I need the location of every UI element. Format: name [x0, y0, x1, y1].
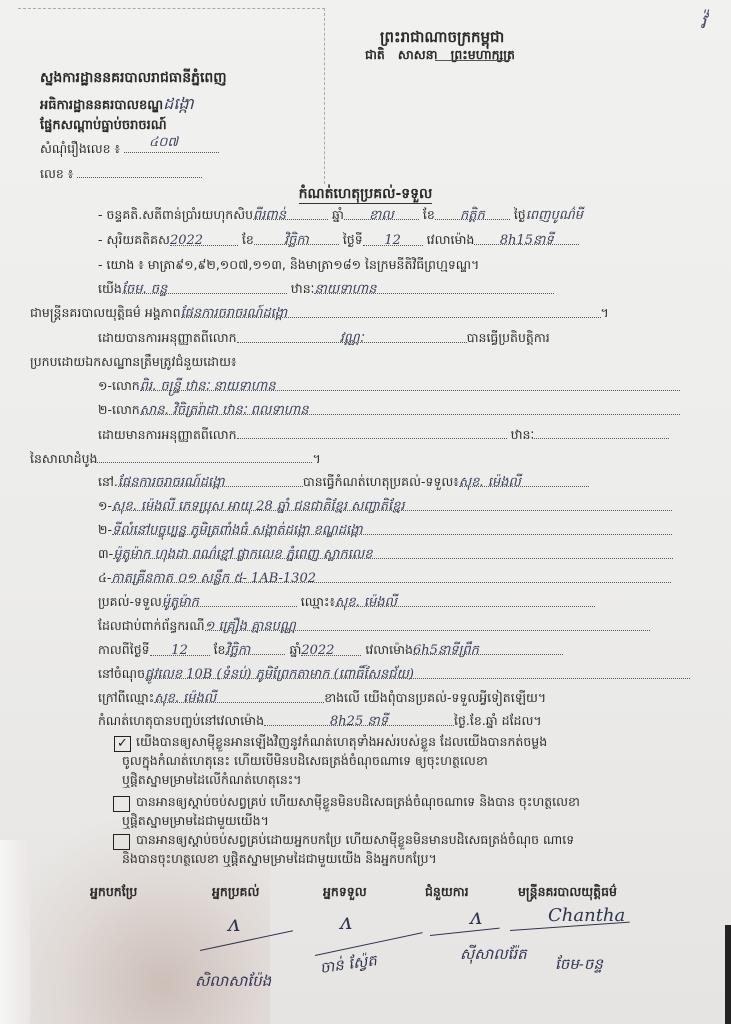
motto-divider	[435, 60, 510, 61]
day-label: ថ្ងៃ	[514, 207, 526, 222]
declaration-text: ឬផ្តិតស្នាមម្រាមដៃជាមួយយើង។	[122, 813, 269, 832]
officer-unit-label: ជាមន្ត្រីនគរបាលយុត្តិធម៌ អង្គភាព	[30, 305, 181, 320]
item-value: ទីលំនៅបច្ចុប្បន្ន ភូមិត្រពាំងធំ សង្កាត់ដ…	[112, 522, 672, 535]
auth-2-label: ដោយមានការអនុញ្ញាតពីលោក	[98, 427, 237, 442]
closed-label: កំណត់ហេតុបានបញ្ចប់នៅវេលាម៉ោង	[98, 713, 264, 728]
place-row: នៅចំណុចផ្លូវលេខ 10B (ទំនប់) ភូមិព្រែកតាម…	[98, 666, 690, 685]
item-row: ៤-កាតគ្រីនកាត ០១ សន្លឹក ៥- 1AB-1302	[98, 570, 671, 589]
helper-1-row: ១-លោកពិរ. ចន្ទ្រី ឋានៈ នាយទាហាន	[98, 378, 680, 397]
deliver-value: ម៉ូតូម៉ាក	[162, 594, 297, 607]
signature-mark-assistant: ᴧ	[470, 905, 482, 930]
document-title-text: កំណត់ហេតុប្រគល់-ទទួល	[299, 186, 433, 204]
solar-month-label: ខែ	[242, 232, 254, 247]
item-label: ៤-	[98, 570, 111, 585]
year-value: ខាល	[344, 207, 419, 220]
item-row: ២-ទីលំនៅបច្ចុប្បន្ន ភូមិត្រពាំងធំ សង្កាត…	[98, 522, 672, 541]
number-row: លេខ ៖	[40, 165, 202, 185]
related-row: ដែលជាប់ពាក់ព័ន្ធករណី១ គ្រឿង គ្មានបណ្ណ	[98, 618, 650, 637]
item-label: ២-	[98, 522, 112, 537]
solar-month-value: វិច្ឆិកា	[254, 232, 339, 245]
declaration-checkbox[interactable]: ✓	[114, 736, 131, 752]
page-edge	[0, 840, 30, 1024]
court-label: នៃសាលាដំបូង	[30, 451, 97, 466]
declaration-text: ឬផ្តិតស្នាមម្រាមដៃលើកំណត់ហេតុនេះ។	[122, 772, 302, 791]
place-value: ផ្លូវលេខ 10B (ទំនប់) ភូមិព្រែកតាមាក (ពោធ…	[145, 666, 690, 679]
at-label: នៅ.	[98, 474, 118, 489]
officer-name-row: យើងចែម. ចន្ទ ឋានៈនាយទាហាន	[98, 281, 554, 300]
document-title: កំណត់ហេតុប្រគល់-ទទួល	[0, 184, 731, 205]
solar-year: 2022	[170, 233, 238, 246]
number-label: លេខ ៖	[40, 166, 73, 181]
time-value: 8h15នាទី	[474, 232, 579, 245]
agency-line-2: អធិការដ្ឋាននគរបាលខណ្ឌដង្កោ	[40, 93, 194, 117]
officer-unit-value: ផែនការចរាចរណ៍ដង្កោ	[181, 305, 601, 318]
lunar-label: - ចន្ទគតិ.សតីពាន់ប្រាំរយហុកសិប	[98, 207, 253, 222]
day-value: ពេញបូណ៌មី	[526, 208, 583, 223]
item-label: ១-	[98, 498, 112, 513]
except-suffix: ខាងលើ យើងពុំបានប្រគល់-ទទួលអ្វីទៀតឡើយ។	[324, 690, 546, 705]
declaration-text: និងបានចុះហត្ថលេខា ឬផ្តិតស្នាមម្រាមដៃជាមួ…	[122, 851, 437, 870]
incident-year-label: ឆ្នាំ	[289, 642, 301, 657]
declaration-checkbox[interactable]	[113, 796, 130, 812]
we-value: ចែម. ចន្ទ	[122, 281, 287, 294]
signature-header: ជំនួយការ	[425, 884, 469, 903]
solar-day-value: 12	[363, 233, 423, 246]
signature-mark-deliverer: ᴧ	[228, 912, 240, 937]
incident-year: 2022	[301, 643, 361, 656]
file-number-row: សំណុំរឿងលេខ ៖ ៤០៧	[40, 140, 219, 160]
auth-2-rank-label: ឋានៈ	[511, 427, 535, 442]
item-value: សុខ. ម៉េងលី ភេទប្រុស អាយុ 28 ឆ្នាំ ជនជាត…	[112, 498, 672, 511]
declaration-text: បានអានឲ្យស្តាប់ចប់សព្វគ្រប់ ហើយសាម៉ីខ្លួ…	[136, 794, 580, 813]
assisted-label: ប្រកបដោយឯកសណ្ឋានត្រឹមត្រូវជំនួយដោយ៖	[30, 354, 236, 373]
closed-row: កំណត់ហេតុបានបញ្ចប់នៅវេលាម៉ោង8h25 នាទីថ្ង…	[98, 713, 542, 732]
except-value: សុខ. ម៉េងលី	[154, 690, 324, 703]
we-label: យើង	[98, 281, 122, 296]
incident-day-label: កាលពីថ្ងៃទី	[98, 642, 150, 657]
signature-header: អ្នកទទួល	[323, 884, 367, 903]
incident-time-label: វេលាម៉ោង	[365, 642, 413, 657]
incident-day: 12	[150, 643, 210, 656]
year-label: ឆ្នាំ	[332, 207, 344, 222]
signature-name-officer: ចែម-ចន្ទ	[555, 955, 603, 977]
solar-day-label: ថ្ងៃទី	[343, 232, 363, 247]
signature-header: អ្នកប្រគល់	[212, 884, 259, 903]
lunar-year: ពីរពាន់	[253, 207, 328, 220]
agency-district: ដង្កោ	[163, 94, 193, 113]
name-label: ឈ្មោះ៖	[301, 594, 335, 609]
agency-line-3: ផ្នែកសណ្តាប់ធ្នាប់ចរាចរណ៍	[40, 117, 167, 136]
handover-value: សុខ. ម៉េងលី	[459, 474, 589, 487]
name-value: សុខ. ម៉េងលី	[335, 594, 595, 607]
incident-month-label: ខែ	[214, 642, 226, 657]
related-value: ១ គ្រឿង គ្មានបណ្ណ	[205, 618, 650, 631]
month-label: ខែ	[423, 207, 435, 222]
corner-handwritten-mark: វ៉	[700, 8, 706, 38]
except-row: ក្រៅពីឈ្មោះសុខ. ម៉េងលីខាងលើ យើងពុំបានប្រ…	[98, 690, 546, 709]
officer-unit-row: ជាមន្ត្រីនគរបាលយុត្តិធម៌ អង្គភាពផែនការចរ…	[30, 305, 609, 324]
incident-date-row: កាលពីថ្ងៃទី12 ខែវិច្ឆិកា ឆ្នាំ2022 វេលាម…	[98, 642, 563, 661]
helper-2-row: ២-លោកសាន. វិចិត្ររ៉ាដា ឋានៈ ពលទាហាន	[98, 402, 680, 421]
kingdom-motto: ជាតិ សាសនា ព្រះមហាក្សត្រ	[365, 47, 515, 66]
authorization-2-row: ដោយមានការអនុញ្ញាតពីលោក ឋានៈ	[98, 426, 669, 446]
signature-name-assistant: Chantha	[548, 905, 625, 926]
helper-1-value: ពិរ. ចន្ទ្រី ឋានៈ នាយទាហាន	[140, 378, 680, 391]
signature-header: អ្នកបកប្រែ	[90, 884, 137, 903]
closed-value: 8h25 នាទី	[264, 713, 454, 726]
month-value: កត្តិក	[435, 207, 510, 220]
signature-mark-receiver: ᴧ	[340, 910, 352, 935]
file-number-label: សំណុំរឿងលេខ ៖	[40, 141, 120, 156]
auth-suffix: បានធ្វើប្រតិបត្តិការ	[467, 330, 550, 345]
declaration-checkbox[interactable]	[113, 834, 130, 850]
solar-date-row: - សុរិយគតិគស2022 ខែវិច្ឆិកា ថ្ងៃទី12 វេល…	[98, 232, 579, 251]
delivered-row: ប្រគល់-ទទួលម៉ូតូម៉ាក ឈ្មោះ៖សុខ. ម៉េងលី	[98, 594, 595, 613]
handover-row: នៅ.ផែនការចរាចរណ៍ដង្កោបានធ្វើកំណត់ហេតុប្រ…	[98, 474, 589, 493]
declaration-text: បានអានឲ្យស្តាប់ចប់សព្វគ្រប់ដោយអ្នកបកប្រែ…	[136, 832, 574, 851]
signature-header: មន្ត្រីនគរបាលយុត្តិធម៌	[518, 884, 617, 903]
rank-label: ឋានៈ	[291, 281, 315, 296]
closed-suffix: ថ្ងៃ.ខែ.ឆ្នាំ ដដែល។	[454, 713, 542, 728]
signature-name-receiver: ស៊ីសាលរ៉ែត	[460, 945, 527, 967]
auth-label: ដោយបានការអនុញ្ញាតពីលោក	[98, 330, 237, 345]
item-row: ១-សុខ. ម៉េងលី ភេទប្រុស អាយុ 28 ឆ្នាំ ជនជ…	[98, 498, 672, 517]
signature-name-interpreter: សិលាសាប៉ែង	[195, 972, 271, 994]
item-label: ៣-	[98, 546, 113, 561]
incident-month: វិច្ឆិកា	[225, 642, 285, 655]
agency-line-2-label: អធិការដ្ឋាននគរបាលខណ្ឌ	[40, 98, 163, 113]
declaration-text: យើងបានឲ្យសាម៉ីខ្លួនអានឡើងវិញនូវកំណត់ហេតុ…	[136, 734, 547, 753]
helper-1-label: ១-លោក	[98, 378, 140, 393]
helper-2-label: ២-លោក	[98, 402, 140, 417]
place-label: នៅចំណុច	[98, 666, 145, 681]
item-value: ម៉ូតូម៉ាក ហុងដា ពណ៌ខ្មៅ ផ្លាកលេខ ភ្នំពេញ…	[113, 546, 673, 559]
page-edge-dark	[725, 925, 731, 1024]
helper-2-value: សាន. វិចិត្ររ៉ាដា ឋានៈ ពលទាហាន	[140, 402, 680, 415]
number-value	[77, 165, 202, 178]
lunar-date-row: - ចន្ទគតិ.សតីពាន់ប្រាំរយហុកសិបពីរពាន់ ឆ្…	[98, 207, 583, 226]
except-label: ក្រៅពីឈ្មោះ	[98, 690, 154, 705]
file-number-value: ៤០៧	[149, 134, 178, 153]
at-value: ផែនការចរាចរណ៍ដង្កោ	[118, 474, 303, 487]
authorization-row: ដោយបានការអនុញ្ញាតពីលោកវណ្ណៈបានធ្វើប្រតិប…	[98, 330, 550, 349]
time-label: វេលាម៉ោង	[427, 232, 475, 247]
auth-value: វណ្ណៈ	[237, 330, 467, 343]
item-value: កាតគ្រីនកាត ០១ សន្លឹក ៥- 1AB-1302	[111, 570, 671, 583]
declaration-text: ចូលក្នុងកំណត់ហេតុនេះ ហើយបើមិនបដិសេធត្រង់…	[122, 753, 488, 772]
handover-label: បានធ្វើកំណត់ហេតុប្រគល់-ទទួល៖	[303, 474, 459, 489]
legal-basis: - យោង ៖ មាត្រា៩១,៩២,១០៧,១១៣, និងមាត្រា១៨…	[98, 257, 479, 276]
checkmark-icon: ✓	[117, 736, 128, 751]
item-row: ៣-ម៉ូតូម៉ាក ហុងដា ពណ៌ខ្មៅ ផ្លាកលេខ ភ្នំព…	[98, 546, 673, 565]
deliver-label: ប្រគល់-ទទួល	[98, 594, 162, 609]
incident-time: 6h5នាទីព្រឹក	[413, 642, 563, 655]
court-row: នៃសាលាដំបូង។	[30, 450, 321, 470]
rank-value: នាយទាហាន	[314, 281, 554, 294]
solar-label: - សុរិយគតិគស	[98, 232, 170, 247]
agency-line-1: ស្នងការដ្ឋាននគរបាលរាជធានីភ្នំពេញ	[40, 68, 227, 89]
related-label: ដែលជាប់ពាក់ព័ន្ធករណី	[98, 618, 205, 633]
